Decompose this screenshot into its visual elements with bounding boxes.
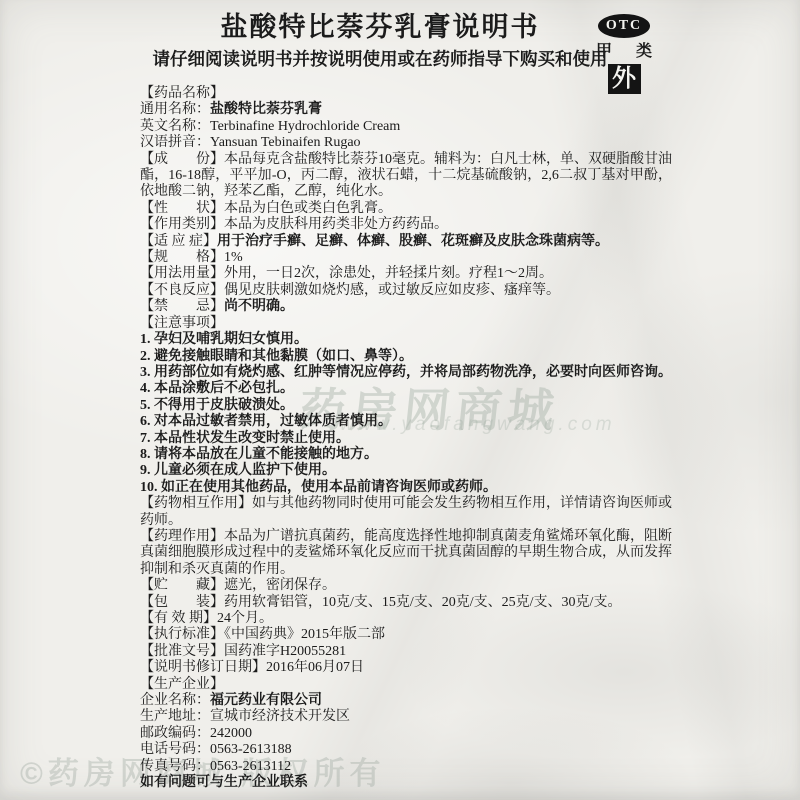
section-label: 【成 份】 — [140, 152, 224, 167]
section-label: 【贮 藏】 — [140, 578, 224, 593]
field-english-name: 英文名称：Terbinafine Hydrochloride Cream — [140, 119, 672, 135]
leaflet-header: 盐酸特比萘芬乳膏说明书 请仔细阅读说明书并按说明使用或在药师指导下购买和使用 — [125, 12, 635, 70]
section-contraindications: 【禁 忌】尚不明确。 — [140, 299, 672, 315]
section-label: 【适 应 症】 — [140, 234, 217, 249]
otc-class-char-2: 类 — [636, 43, 652, 60]
section-manufacturer-header: 【生产企业】 — [140, 677, 672, 693]
section-text: 外用，一日2次，涂患处，并轻揉片刻。疗程1～2周。 — [224, 266, 553, 281]
section-text: 242000 — [210, 726, 252, 741]
section-text: 本品为白色或类白色乳膏。 — [224, 201, 392, 216]
section-drug-interactions: 【药物相互作用】如与其他药物同时使用可能会发生药物相互作用，详情请咨询医师或药师… — [140, 496, 672, 529]
section-label: 【药品名称】 — [140, 86, 224, 101]
section-text: 1. 孕妇及哺乳期妇女慎用。 — [140, 332, 308, 347]
section-text: 国药准字H20055281 — [224, 644, 346, 659]
precaution-9: 9. 儿童必须在成人监护下使用。 — [140, 463, 672, 479]
section-drug-name-header: 【药品名称】 — [140, 86, 672, 102]
section-description: 【性 状】本品为白色或类白色乳膏。 — [140, 201, 672, 217]
section-text: 尚不明确。 — [224, 299, 294, 314]
section-label: 【禁 忌】 — [140, 299, 224, 314]
precaution-2: 2. 避免接触眼睛和其他黏膜（如口、鼻等）。 — [140, 349, 672, 365]
section-text: 0563-2613188 — [210, 742, 292, 757]
section-label: 【药物相互作用】 — [140, 496, 252, 511]
leaflet-scan: 药房网商城 www.yaofangwang.com ©药房网商城 版权所有 盐酸… — [0, 0, 800, 800]
section-label: 【说明书修订日期】 — [140, 660, 266, 675]
section-ingredients: 【成 份】本品每克含盐酸特比萘芬10毫克。辅料为：白凡士林，单、双硬脂酸甘油酯，… — [140, 152, 672, 201]
section-text: 盐酸特比萘芬乳膏 — [210, 102, 322, 117]
section-text: 2. 避免接触眼睛和其他黏膜（如口、鼻等）。 — [140, 349, 413, 364]
section-label: 【包 装】 — [140, 595, 224, 610]
page-title: 盐酸特比萘芬乳膏说明书 — [125, 12, 635, 42]
field-phone: 电话号码：0563-2613188 — [140, 742, 672, 758]
otc-class-char-1: 甲 — [596, 43, 612, 60]
section-revision-date: 【说明书修订日期】2016年06月07日 — [140, 660, 672, 676]
section-text: 药用软膏铝管，10克/支、15克/支、20克/支、25克/支、30克/支。 — [224, 595, 621, 610]
section-storage: 【贮 藏】遮光，密闭保存。 — [140, 578, 672, 594]
section-text: 2016年06月07日 — [266, 660, 364, 675]
precaution-5: 5. 不得用于皮肤破溃处。 — [140, 398, 672, 414]
field-pinyin-name: 汉语拼音：Yansuan Tebinaifen Rugao — [140, 135, 672, 151]
field-company-name: 企业名称：福元药业有限公司 — [140, 693, 672, 709]
section-text: 24个月。 — [217, 611, 273, 626]
section-indications: 【适 应 症】用于治疗手癣、足癣、体癣、股癣、花斑癣及皮肤念珠菌病等。 — [140, 234, 672, 250]
section-action-category: 【作用类别】本品为皮肤科用药类非处方药药品。 — [140, 217, 672, 233]
section-label: 【用法用量】 — [140, 266, 224, 281]
footer-contact-note: 如有问题可与生产企业联系 — [140, 775, 672, 791]
section-text: Yansuan Tebinaifen Rugao — [210, 135, 361, 150]
section-label: 邮政编码： — [140, 726, 210, 741]
section-dosage: 【用法用量】外用，一日2次，涂患处，并轻揉片刻。疗程1～2周。 — [140, 266, 672, 282]
section-text: 用于治疗手癣、足癣、体癣、股癣、花斑癣及皮肤念珠菌病等。 — [217, 234, 609, 249]
section-label: 【注意事项】 — [140, 316, 224, 331]
section-label: 汉语拼音： — [140, 135, 210, 150]
section-label: 【规 格】 — [140, 250, 224, 265]
section-strength: 【规 格】1% — [140, 250, 672, 266]
section-text: 5. 不得用于皮肤破溃处。 — [140, 398, 294, 413]
section-label: 【作用类别】 — [140, 217, 224, 232]
section-text: 9. 儿童必须在成人监护下使用。 — [140, 463, 336, 478]
section-text: 3. 用药部位如有烧灼感、红肿等情况应停药，并将局部药物洗净，必要时向医师咨询。 — [140, 365, 672, 380]
section-label: 电话号码： — [140, 742, 210, 757]
field-postcode: 邮政编码：242000 — [140, 726, 672, 742]
otc-class-label: 甲 类 — [593, 43, 655, 60]
section-label: 【有 效 期】 — [140, 611, 217, 626]
section-shelf-life: 【有 效 期】24个月。 — [140, 611, 672, 627]
section-adverse-reactions: 【不良反应】偶见皮肤刺激如烧灼感，或过敏反应如皮疹、瘙痒等。 — [140, 283, 672, 299]
section-text: 偶见皮肤刺激如烧灼感，或过敏反应如皮疹、瘙痒等。 — [224, 283, 560, 298]
section-text: 1% — [224, 250, 243, 265]
section-text: 遮光，密闭保存。 — [224, 578, 336, 593]
section-label: 【批准文号】 — [140, 644, 224, 659]
section-label: 【生产企业】 — [140, 677, 224, 692]
precaution-8: 8. 请将本品放在儿童不能接触的地方。 — [140, 447, 672, 463]
otc-badge: OTC 甲 类 外 — [593, 14, 655, 94]
section-text: 4. 本品涂敷后不必包扎。 — [140, 381, 294, 396]
section-label: 企业名称： — [140, 693, 210, 708]
precaution-7: 7. 本品性状发生改变时禁止使用。 — [140, 431, 672, 447]
section-text: 如有问题可与生产企业联系 — [140, 775, 308, 790]
otc-oval-icon: OTC — [598, 14, 650, 38]
section-packaging: 【包 装】药用软膏铝管，10克/支、15克/支、20克/支、25克/支、30克/… — [140, 595, 672, 611]
section-text: 本品为皮肤科用药类非处方药药品。 — [224, 217, 448, 232]
section-pharmacology: 【药理作用】本品为广谱抗真菌药，能高度选择性地抑制真菌麦角鲨烯环氧化酶，阻断真菌… — [140, 529, 672, 578]
section-precautions-header: 【注意事项】 — [140, 316, 672, 332]
section-label: 英文名称： — [140, 119, 210, 134]
page-subtitle: 请仔细阅读说明书并按说明使用或在药师指导下购买和使用 — [125, 49, 635, 70]
precaution-4: 4. 本品涂敷后不必包扎。 — [140, 381, 672, 397]
section-label: 【不良反应】 — [140, 283, 224, 298]
section-label: 通用名称： — [140, 102, 210, 117]
precaution-6: 6. 对本品过敏者禁用，过敏体质者慎用。 — [140, 414, 672, 430]
section-text: 6. 对本品过敏者禁用，过敏体质者慎用。 — [140, 414, 392, 429]
precaution-1: 1. 孕妇及哺乳期妇女慎用。 — [140, 332, 672, 348]
section-text: 7. 本品性状发生改变时禁止使用。 — [140, 431, 350, 446]
section-label: 【执行标准】 — [140, 627, 224, 642]
field-fax: 传真号码：0563-2613112 — [140, 759, 672, 775]
section-label: 【药理作用】 — [140, 529, 224, 544]
precaution-10: 10. 如正在使用其他药品，使用本品前请咨询医师或药师。 — [140, 480, 672, 496]
field-address: 生产地址：宣城市经济技术开发区 — [140, 709, 672, 725]
document-body: 【药品名称】通用名称：盐酸特比萘芬乳膏英文名称：Terbinafine Hydr… — [140, 86, 672, 791]
section-text: 10. 如正在使用其他药品，使用本品前请咨询医师或药师。 — [140, 480, 497, 495]
section-text: 宣城市经济技术开发区 — [210, 709, 350, 724]
section-text: 《中国药典》2015年版二部 — [224, 627, 385, 642]
section-approval-number: 【批准文号】国药准字H20055281 — [140, 644, 672, 660]
section-label: 生产地址： — [140, 709, 210, 724]
section-label: 传真号码： — [140, 759, 210, 774]
section-text: Terbinafine Hydrochloride Cream — [210, 119, 400, 134]
section-text: 福元药业有限公司 — [210, 693, 322, 708]
section-standard: 【执行标准】《中国药典》2015年版二部 — [140, 627, 672, 643]
field-generic-name: 通用名称：盐酸特比萘芬乳膏 — [140, 102, 672, 118]
section-label: 【性 状】 — [140, 201, 224, 216]
section-text: 0563-2613112 — [210, 759, 291, 774]
precaution-3: 3. 用药部位如有烧灼感、红肿等情况应停药，并将局部药物洗净，必要时向医师咨询。 — [140, 365, 672, 381]
section-text: 8. 请将本品放在儿童不能接触的地方。 — [140, 447, 378, 462]
